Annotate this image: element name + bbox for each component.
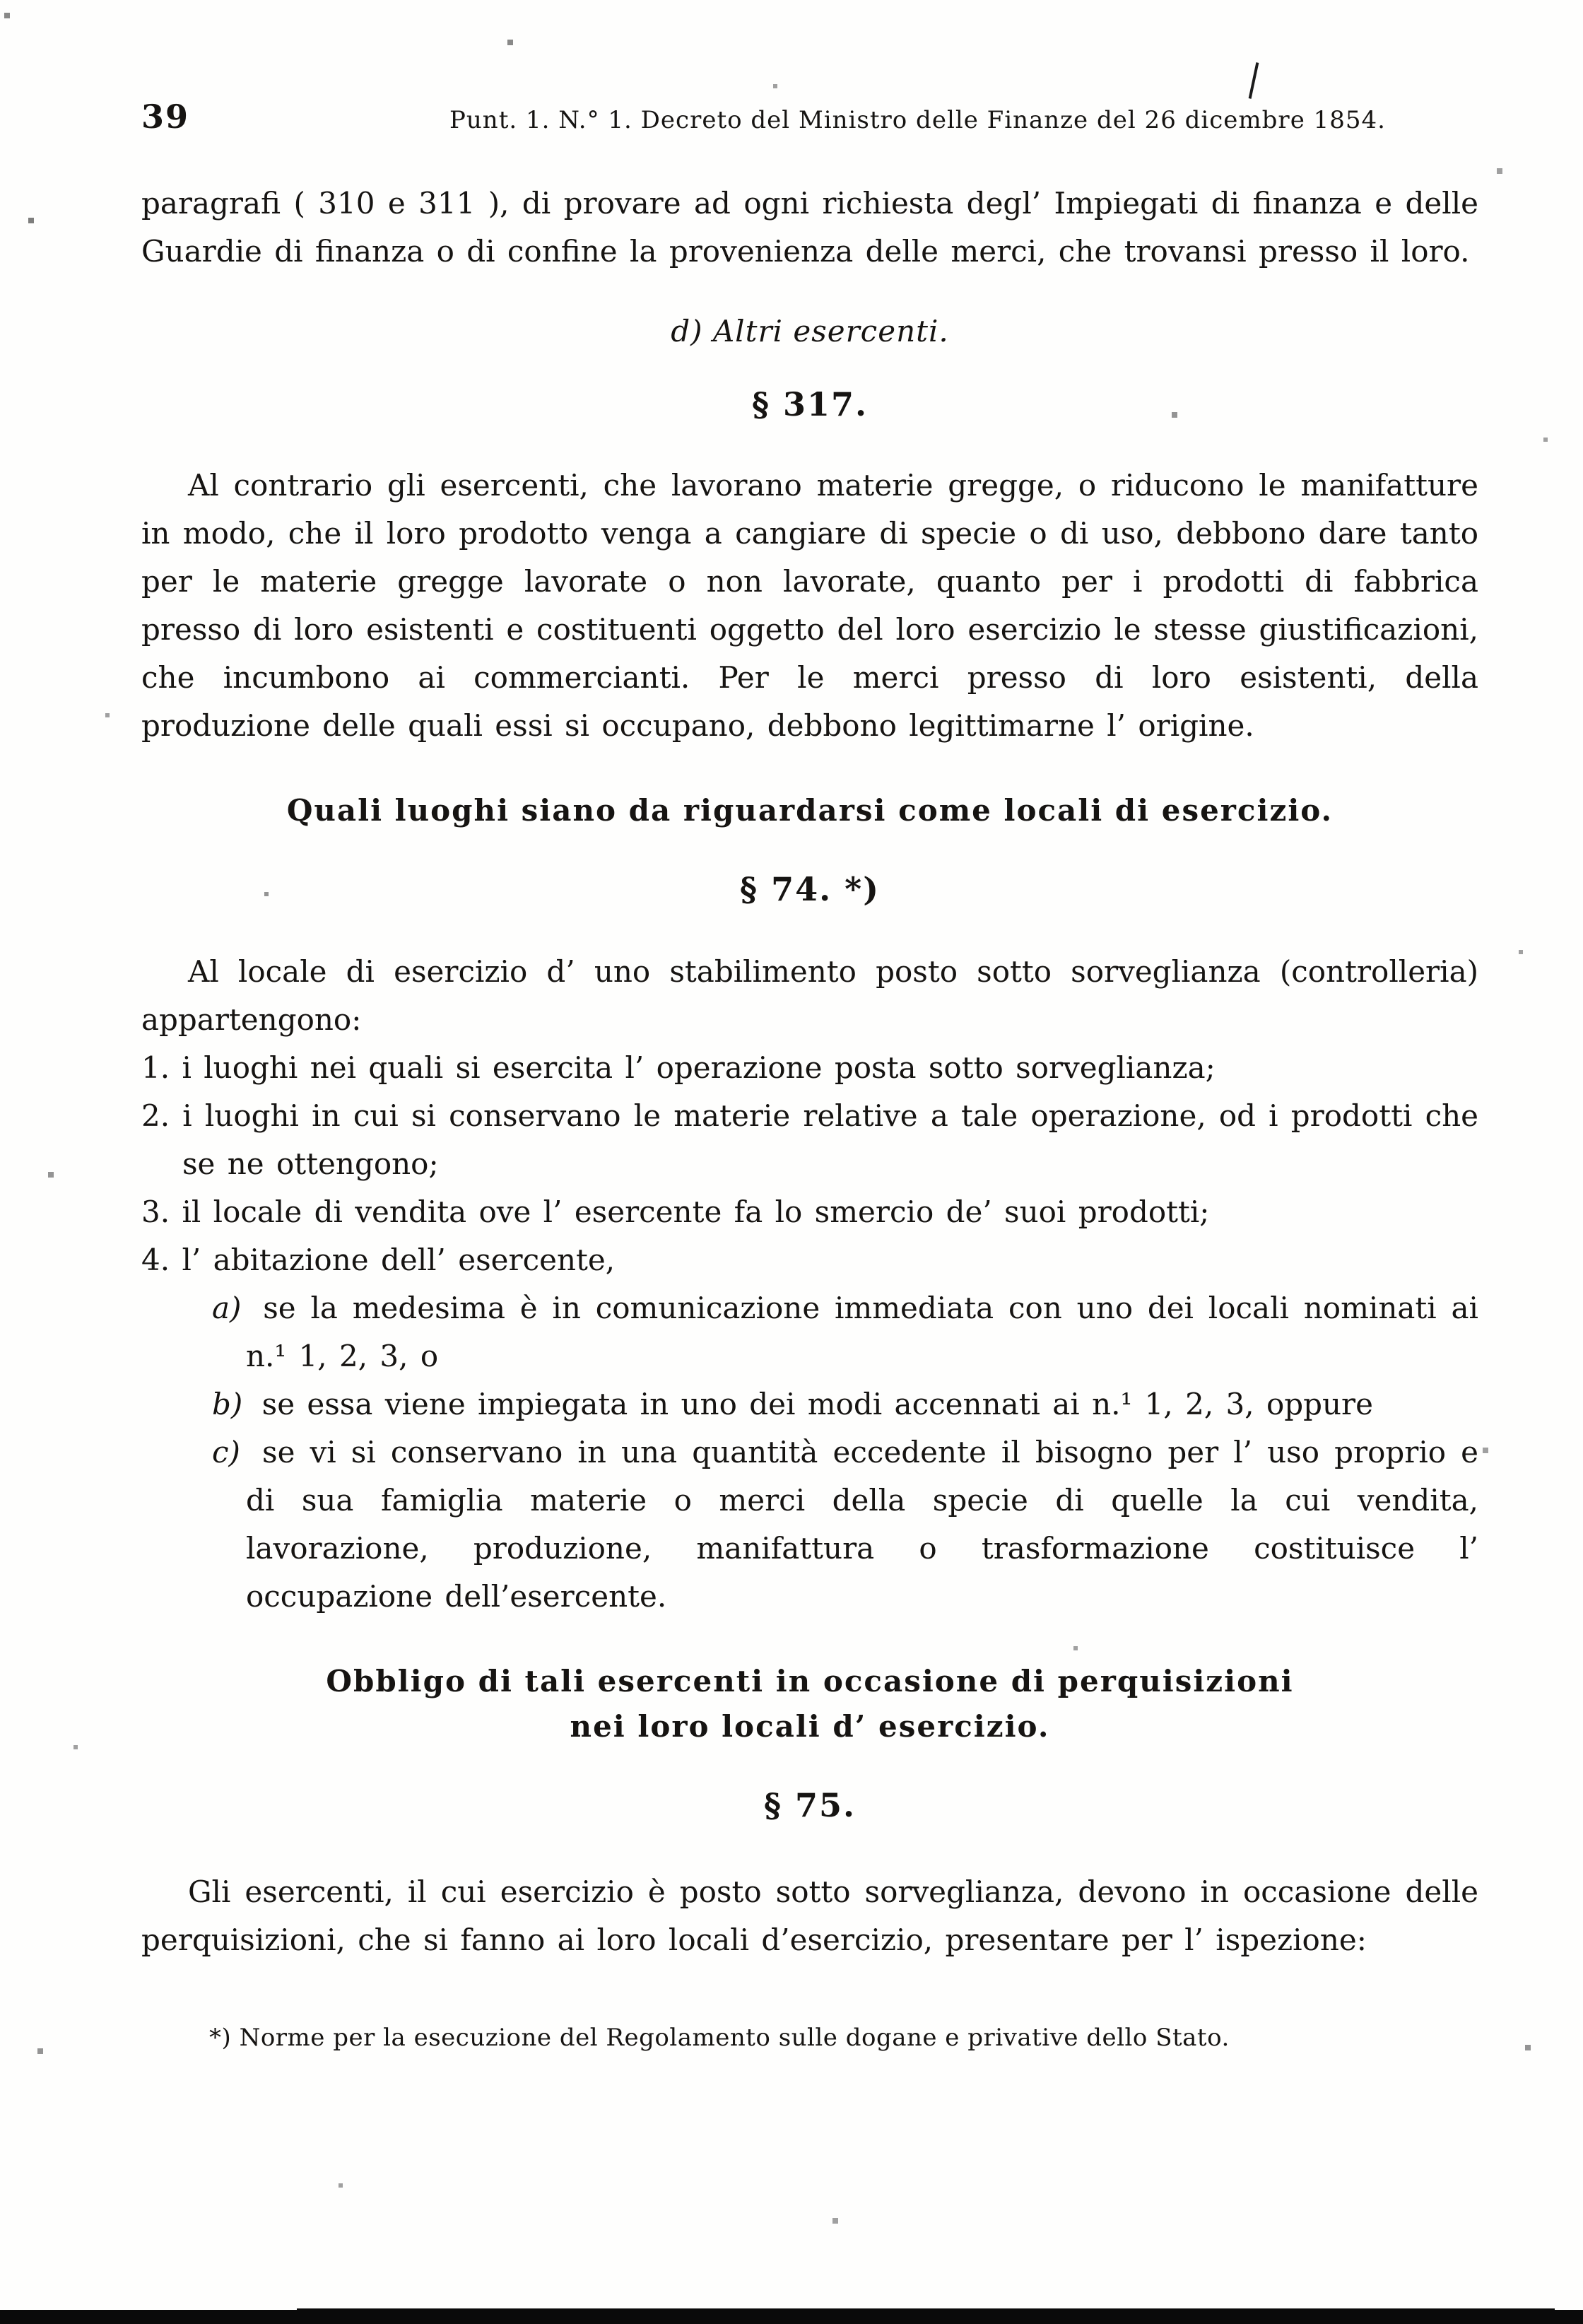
scanned-document-page: 39 Punt. 1. N.° 1. Decreto del Ministro … xyxy=(0,0,1583,2324)
list-item-text: il locale di vendita ove l’ esercente fa… xyxy=(182,1195,1209,1229)
heading-obbligo-line1: Obbligo di tali esercenti in occasione d… xyxy=(141,1659,1478,1704)
scan-artifact xyxy=(1249,62,1259,99)
list-item-text: l’ abitazione dell’ esercente, xyxy=(182,1243,615,1277)
list-item-marker: 1. xyxy=(141,1050,170,1085)
list-item: 3. il locale di vendita ove l’ esercente… xyxy=(141,1188,1478,1236)
paragraph-74-intro: Al locale di esercizio d’ uno stabilimen… xyxy=(141,948,1478,1044)
page-content: 39 Punt. 1. N.° 1. Decreto del Ministro … xyxy=(141,98,1478,2052)
list-item-text: se vi si conservano in una quantità ecce… xyxy=(246,1435,1478,1614)
list-item: b) se essa viene impiegata in uno dei mo… xyxy=(141,1380,1478,1428)
paragraph-317: Al contrario gli esercenti, che lavorano… xyxy=(141,462,1478,750)
page-number: 39 xyxy=(141,98,189,136)
list-item-marker: a) xyxy=(212,1291,248,1325)
list-item-text: se essa viene impiegata in uno dei modi … xyxy=(262,1387,1373,1421)
paragraph-75: Gli esercenti, il cui esercizio è posto … xyxy=(141,1868,1478,1964)
list-item-marker: 3. xyxy=(141,1195,170,1229)
running-header-title: Punt. 1. N.° 1. Decreto del Ministro del… xyxy=(449,106,1386,134)
footnote: *) Norme per la esecuzione del Regolamen… xyxy=(141,2024,1478,2052)
numbered-list: 1. i luoghi nei quali si esercita l’ ope… xyxy=(141,1044,1478,1284)
list-item: 1. i luoghi nei quali si esercita l’ ope… xyxy=(141,1044,1478,1092)
subheading-altri-esercenti: d) Altri esercenti. xyxy=(141,314,1478,348)
section-mark-317: § 317. xyxy=(141,385,1478,423)
list-item-text: i luoghi nei quali si esercita l’ operaz… xyxy=(182,1050,1215,1085)
lettered-sublist: a) se la medesima è in comunicazione imm… xyxy=(141,1284,1478,1621)
list-item: 4. l’ abitazione dell’ esercente, xyxy=(141,1236,1478,1284)
section-mark-74: § 74. *) xyxy=(141,870,1478,908)
section-mark-75: § 75. xyxy=(141,1786,1478,1824)
list-item-text: se la medesima è in comunicazione immedi… xyxy=(246,1291,1478,1373)
running-header: 39 Punt. 1. N.° 1. Decreto del Ministro … xyxy=(141,98,1478,136)
heading-obbligo: Obbligo di tali esercenti in occasione d… xyxy=(141,1659,1478,1749)
list-item: 2. i luoghi in cui si conservano le mate… xyxy=(141,1092,1478,1188)
scan-speck-layer xyxy=(0,0,3,3)
list-item: a) se la medesima è in comunicazione imm… xyxy=(141,1284,1478,1380)
list-item-marker: b) xyxy=(212,1387,249,1421)
paragraph-intro: paragrafi ( 310 e 311 ), di provare ad o… xyxy=(141,180,1478,276)
scan-bottom-bar xyxy=(0,2310,1583,2324)
heading-quali-luoghi: Quali luoghi siano da riguardarsi come l… xyxy=(141,788,1478,833)
list-item-marker: 4. xyxy=(141,1243,170,1277)
list-item-text: i luoghi in cui si conservano le materie… xyxy=(182,1098,1478,1181)
list-item: c) se vi si conservano in una quantità e… xyxy=(141,1428,1478,1621)
list-item-marker: 2. xyxy=(141,1098,170,1133)
heading-obbligo-line2: nei loro locali d’ esercizio. xyxy=(141,1704,1478,1749)
list-item-marker: c) xyxy=(212,1435,247,1469)
